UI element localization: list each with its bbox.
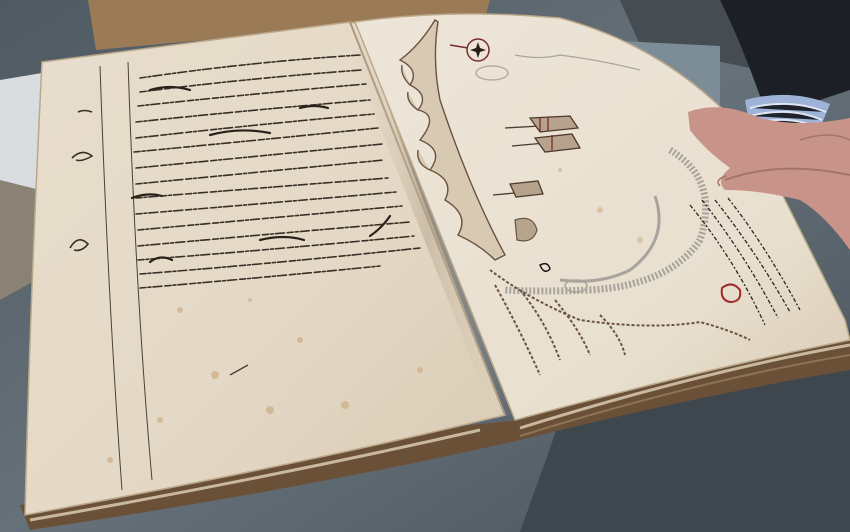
scene-illustration: [0, 0, 850, 532]
manuscript-photo: [0, 0, 850, 532]
